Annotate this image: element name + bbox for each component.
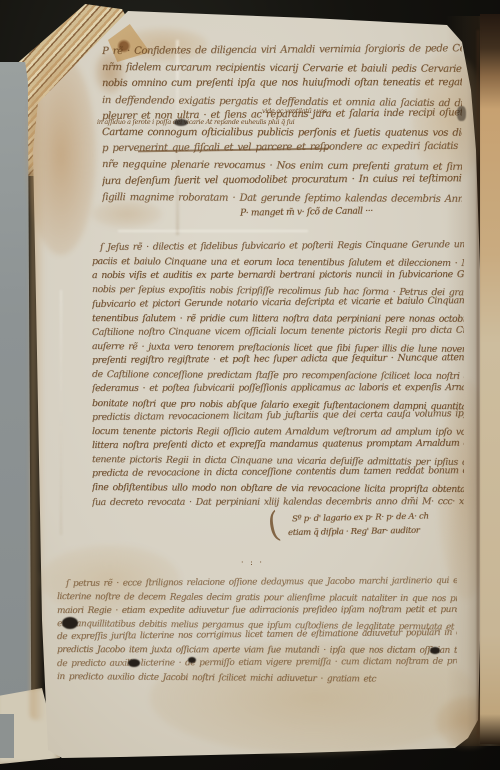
manuscript-line: ſederamus · et poſtea ſubvicarii poſſeſſ… — [92, 381, 464, 396]
page-seam — [477, 30, 479, 738]
manuscript-line: preſenti regiſtro regiſtrate · et poſt h… — [92, 351, 464, 368]
manuscript-line: ſua decreto revocata · Dat perpiniani xl… — [92, 495, 464, 510]
manuscript-line: a nobis viſis et auditis ex parte bernar… — [92, 268, 464, 283]
manuscript-line: de predicto auxilio licterine · de permi… — [57, 655, 457, 671]
manuscript-line: ſ Jeſus rẽ · dilectis et ſidelibus ſubvi… — [92, 238, 464, 255]
ink-blot — [188, 657, 196, 663]
manuscript-line: ſ petrus rẽ · ecce ſtrilignos relacione … — [57, 575, 457, 591]
next-page-edge — [480, 14, 500, 744]
manuscript-line: Caſtilione noſtro Cinquane vicem oſſicia… — [92, 324, 464, 340]
page-crease-horizontal — [118, 230, 308, 232]
interlinear-note-1: vide ac ventilatũ · vos — [262, 107, 457, 115]
entry-3-text-block: ſ petrus rẽ · ecce ſtrilignos relacione … — [57, 578, 457, 684]
manuscript-line: de expreſſis juriſta licterine nos corri… — [57, 627, 457, 644]
manuscript-line: nobis omnino cum preſenti ipſa que nos h… — [102, 75, 462, 92]
manuscript-line: jura deſenſum ſuerit vel quomodolibet pr… — [102, 171, 462, 190]
ink-blot — [62, 617, 78, 629]
entry-2-text-block: ſ Jeſus rẽ · dilectis et ſidelibus ſubvi… — [92, 241, 464, 510]
ink-blot — [430, 647, 440, 654]
page-crease-left — [60, 290, 62, 535]
manuscript-line: maiori Regie · etiam expedite adiuvetur … — [57, 604, 457, 618]
ink-blot — [128, 659, 140, 667]
interlinear-note-2: in aſſiduo a ſerote i poſſa dei vicarie … — [97, 118, 337, 126]
bookmark-card-bottom — [0, 714, 14, 758]
ink-smudge — [174, 119, 188, 126]
stain-left-edge — [30, 95, 45, 720]
manuscript-line: predictis dictam revocacionem licitam ſu… — [92, 407, 464, 425]
flourish-dots: · : · — [241, 558, 264, 567]
manuscript-line: P rẽ · Confidentes de diligencia viri Ar… — [102, 41, 462, 60]
manuscript-line: littera noſtra preſenti dicto et expreſſ… — [92, 437, 464, 453]
entry-2-docket-line2: etiam q̃ diſpla · Reg' Bar· auditor — [288, 525, 420, 540]
manuscript-photo: P rẽ · Confidentes de diligencia viri Ar… — [0, 0, 500, 770]
manuscript-line: predicta de revocacione in dicta conceſſ… — [92, 464, 464, 481]
